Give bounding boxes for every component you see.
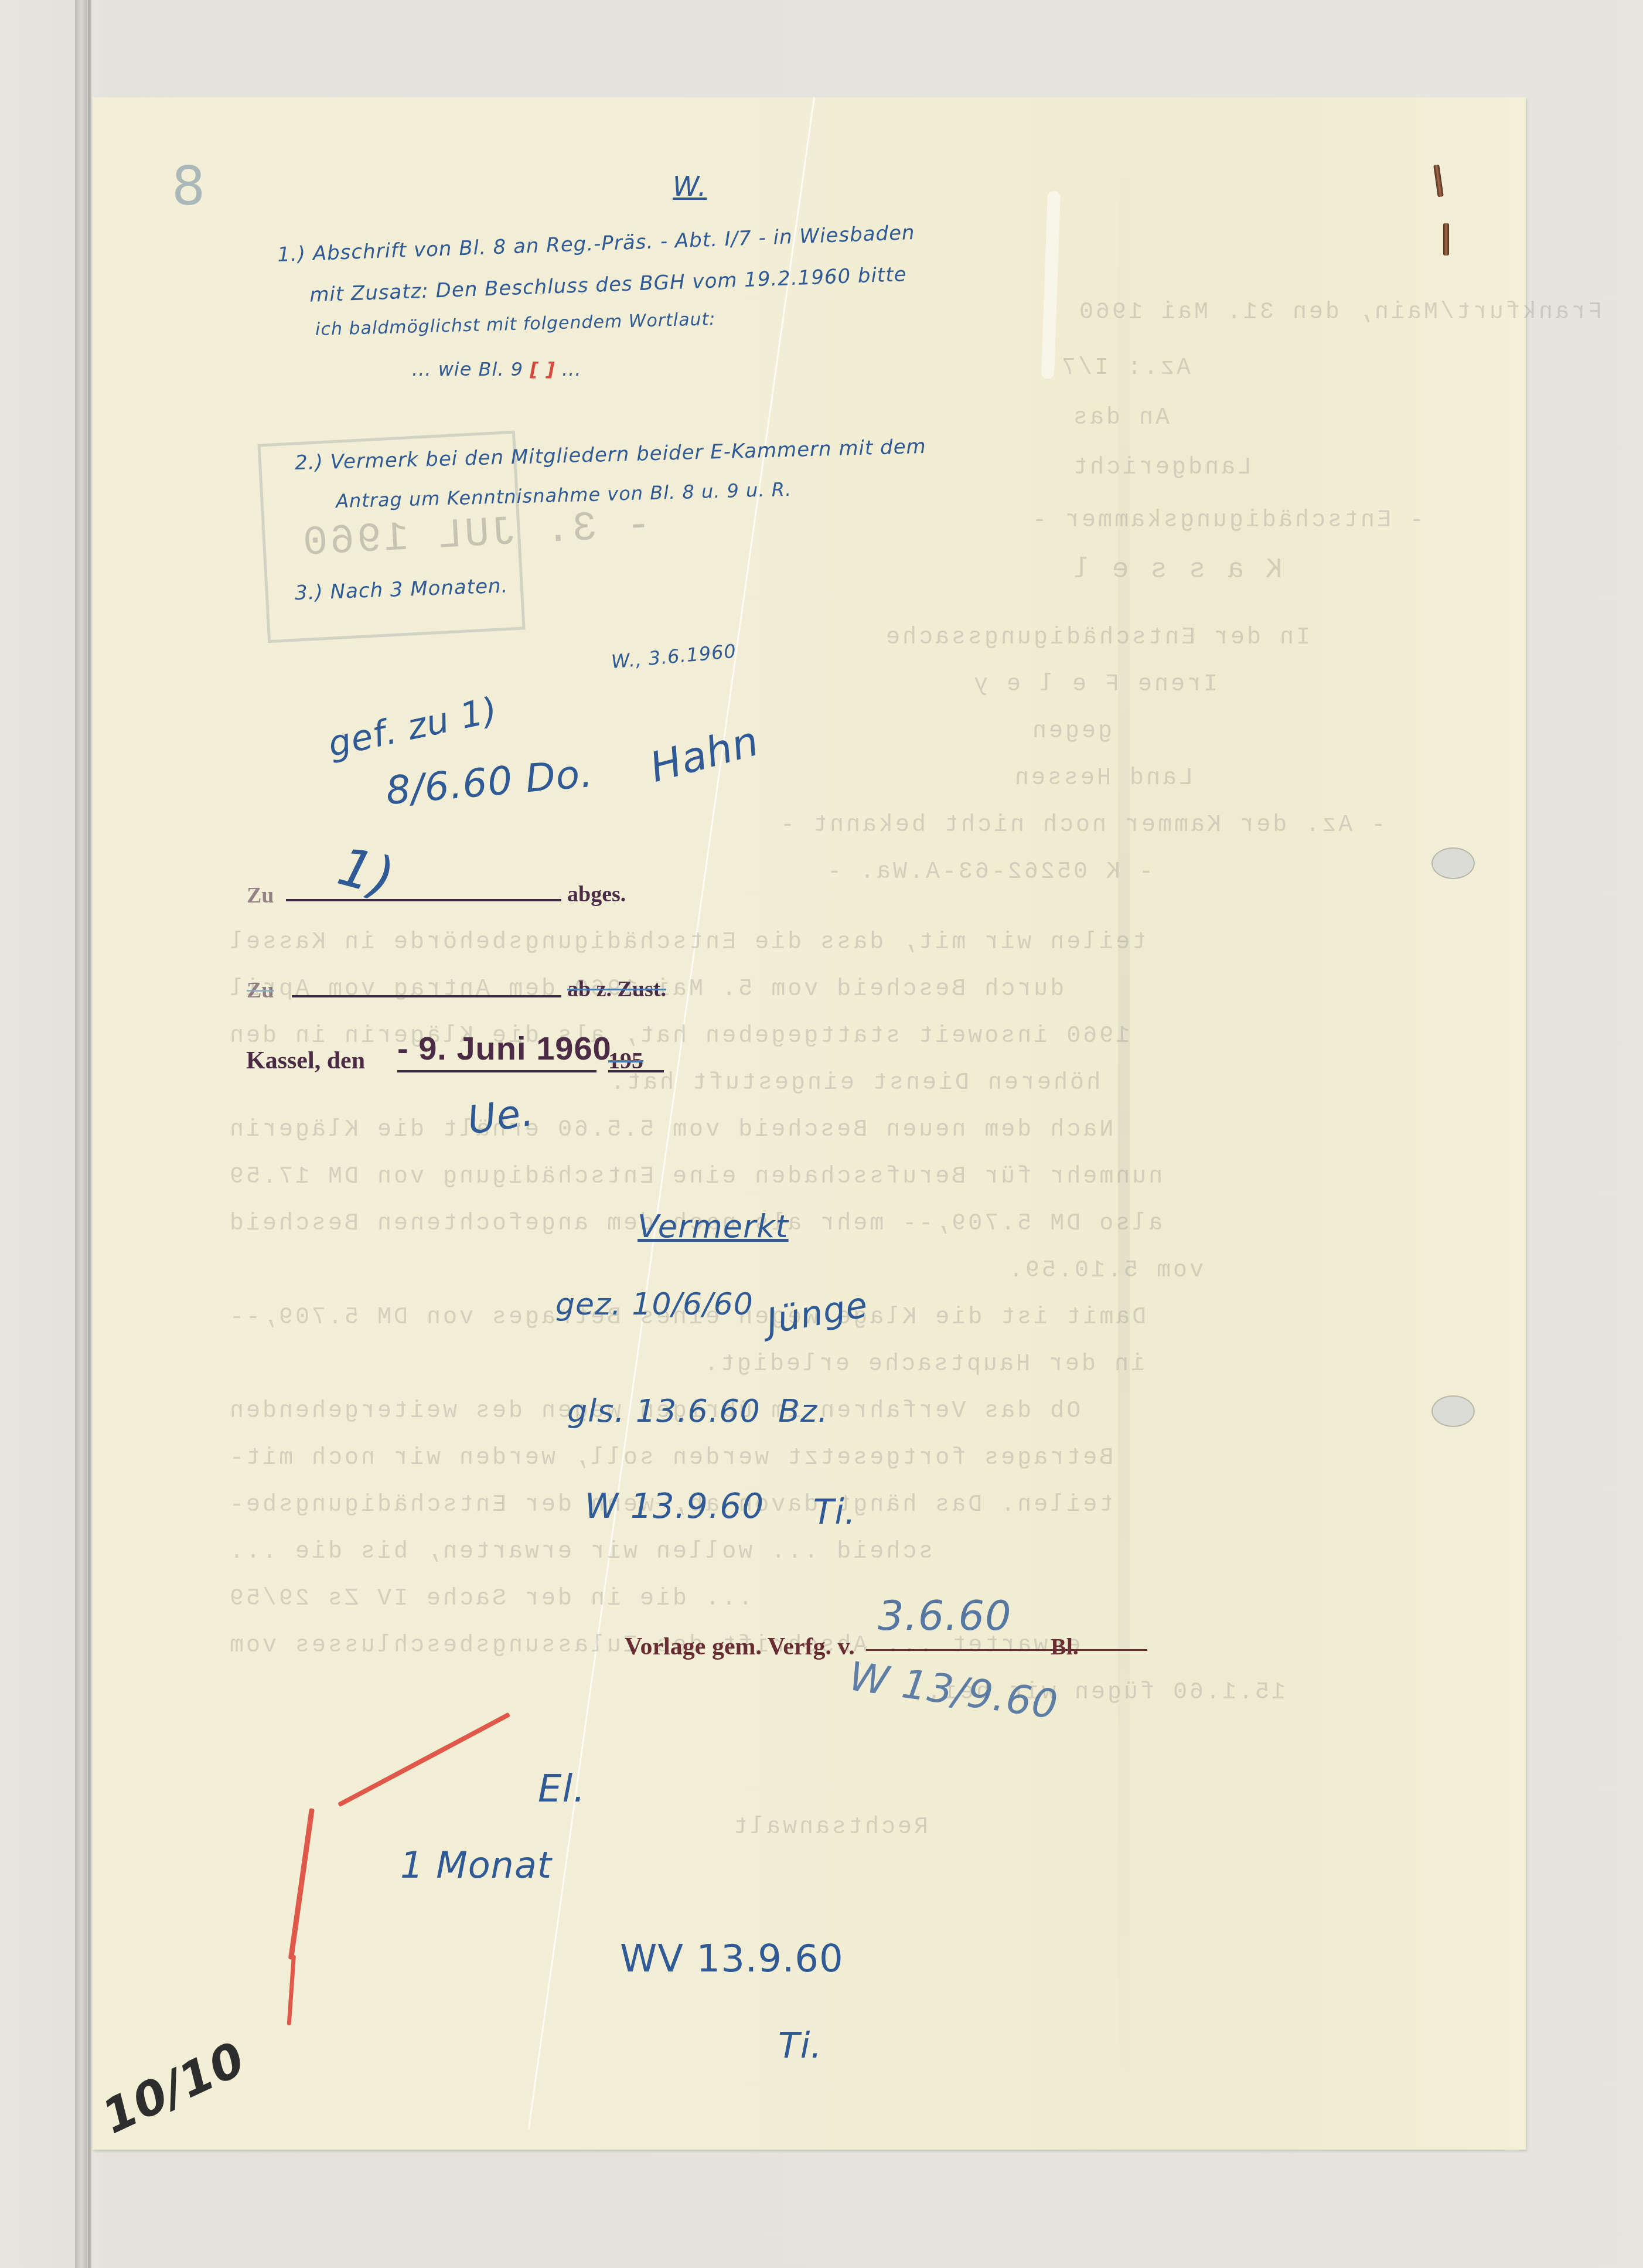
heading-mark: W. [673,171,707,202]
vorlage-date: 3.6.60 [878,1592,1012,1640]
bleed-through-line: An das [1071,405,1170,431]
note-item-1-line-2: mit Zusatz: Den Beschluss des BGH vom 19… [309,263,908,307]
bleed-through-line: Rechtsanwalt [731,1814,928,1841]
punch-hole-icon [1431,847,1475,879]
note-gef-line-2: 8/6.60 Do. [384,751,595,814]
bleed-through-line: Betrages fortgesetzt werden soll, werden… [227,1445,1113,1472]
signature: Jünge [763,1284,871,1342]
red-pencil-mark-icon [287,1955,296,2025]
staple-icon [1433,165,1444,197]
note-item-1-line-1: 1.) Abschrift von Bl. 8 an Reg.-Präs. - … [277,221,916,267]
note-wv-bottom: WV 13.9.60 [620,1937,844,1981]
red-pencil-mark-icon [338,1712,510,1807]
bleed-through-line: in der Hauptsache erledigt. [702,1351,1145,1378]
note-wv: W 13.9.60 [585,1486,764,1526]
stamp-year-underline [608,1070,664,1072]
stamp-zu-label: Zu [247,883,274,908]
sleeve-edge-line [88,0,91,2268]
bleed-through-line: teilen wir mit, dass die Entschädigungsb… [227,929,1146,956]
zu-value: 1) [332,836,401,910]
stamp-fill-line [866,1649,1147,1651]
red-bracket-mark: [ ] [530,358,555,380]
note-date: W., 3.6.1960 [611,640,738,673]
note-el: El. [538,1768,586,1811]
bleed-through-line: nunmehr für Berufsschaden eine Entschädi… [227,1164,1163,1190]
bleed-through-line: Nach dem neuen Bescheid vom 5.5.60 erhäl… [227,1117,1113,1143]
folio-number: 10/10 [94,2031,253,2144]
bleed-through-line: 1960 insoweit stattgegeben hat, als die … [227,1023,1130,1050]
bleed-through-line: vom 5.10.59. [1007,1258,1204,1284]
stamp-date-underline [397,1070,596,1072]
bleed-through-line: Landgericht [1071,455,1252,481]
bleed-through-line: - Entschädigungskammer - [1030,508,1424,534]
signature: Hahn [645,717,764,792]
bleed-through-line: Frankfurt/Main, den 31. Mai 1960 [1077,299,1602,326]
faint-stamp-text: - 3. JUL 1960 [299,503,652,567]
note-gef-line-1: gef. zu 1) [325,689,502,765]
bleed-through-line: K a s s e l [1071,554,1283,586]
red-pencil-mark-icon [288,1808,315,1960]
stamp-fill-line [286,899,561,901]
note-text: ... [562,358,582,380]
note-item-1-line-4: ... wie Bl. 9 [ ] ... [412,358,581,380]
punch-hole-icon [1431,1395,1475,1427]
note-1-monat: 1 Monat [400,1844,552,1886]
initial-ti: Ti. [813,1492,856,1532]
paper-tear [1041,191,1061,379]
stamp-abges-label: abges. [567,881,626,907]
stamp-bl-label: Bl. [1051,1633,1079,1660]
page-mark: 8 [172,156,206,217]
bleed-through-line: ... die in der Sache IV Zs 29/59 [227,1586,752,1612]
stamp-ab-z-zust-label: ab z. Zust. [567,976,666,1002]
note-item-1-line-3: ich baldmöglichst mit folgendem Wortlaut… [315,309,716,340]
bleed-through-line: scheid ... wollen wir erwarten, bis die … [227,1539,933,1565]
note-text: ... wie Bl. 9 [412,358,523,380]
stamp-zu-label-struck: Zu [247,978,274,1003]
bleed-through-line: höheren Dienst eingestuft hat. [608,1070,1100,1096]
stamp-kassel-label: Kassel, den [246,1047,365,1075]
bleed-through-line: In der Entschädigungssache [884,625,1310,651]
note-gls: gls. 13.6.60 [567,1392,761,1429]
staple-icon [1443,223,1449,256]
bleed-through-line: - Az. der Kammer noch nicht bekannt - [778,812,1385,839]
stamp-fill-line [292,995,561,997]
stamp-vorlage-label: Vorlage gem. Verfg. v. [625,1633,855,1661]
vorlage-wv-date: W 13/9.60 [846,1653,1061,1728]
initial-bz: Bz. [778,1392,829,1429]
bleed-through-line: - K 05262-63-A.Wa. - [825,859,1153,886]
bleed-through-line: Land Hessen [1013,765,1193,792]
initial-ue: Ue. [465,1089,537,1143]
note-gez: gez. 10/6/60 [555,1287,754,1322]
note-vermerkt: Vermerkt [638,1208,789,1245]
document-page: - 3. JUL 1960 Frankfurt/Main, den 31. Ma… [93,97,1526,2150]
bleed-through-line: Az.: I/7 [1059,355,1191,382]
initial-ti-bottom: Ti. [778,2025,822,2066]
bleed-through-line: Irene F e l e y [972,672,1218,698]
bleed-through-line: gegen [1030,718,1112,745]
stamp-kassel-date: - 9. Juni 1960 [397,1029,612,1067]
